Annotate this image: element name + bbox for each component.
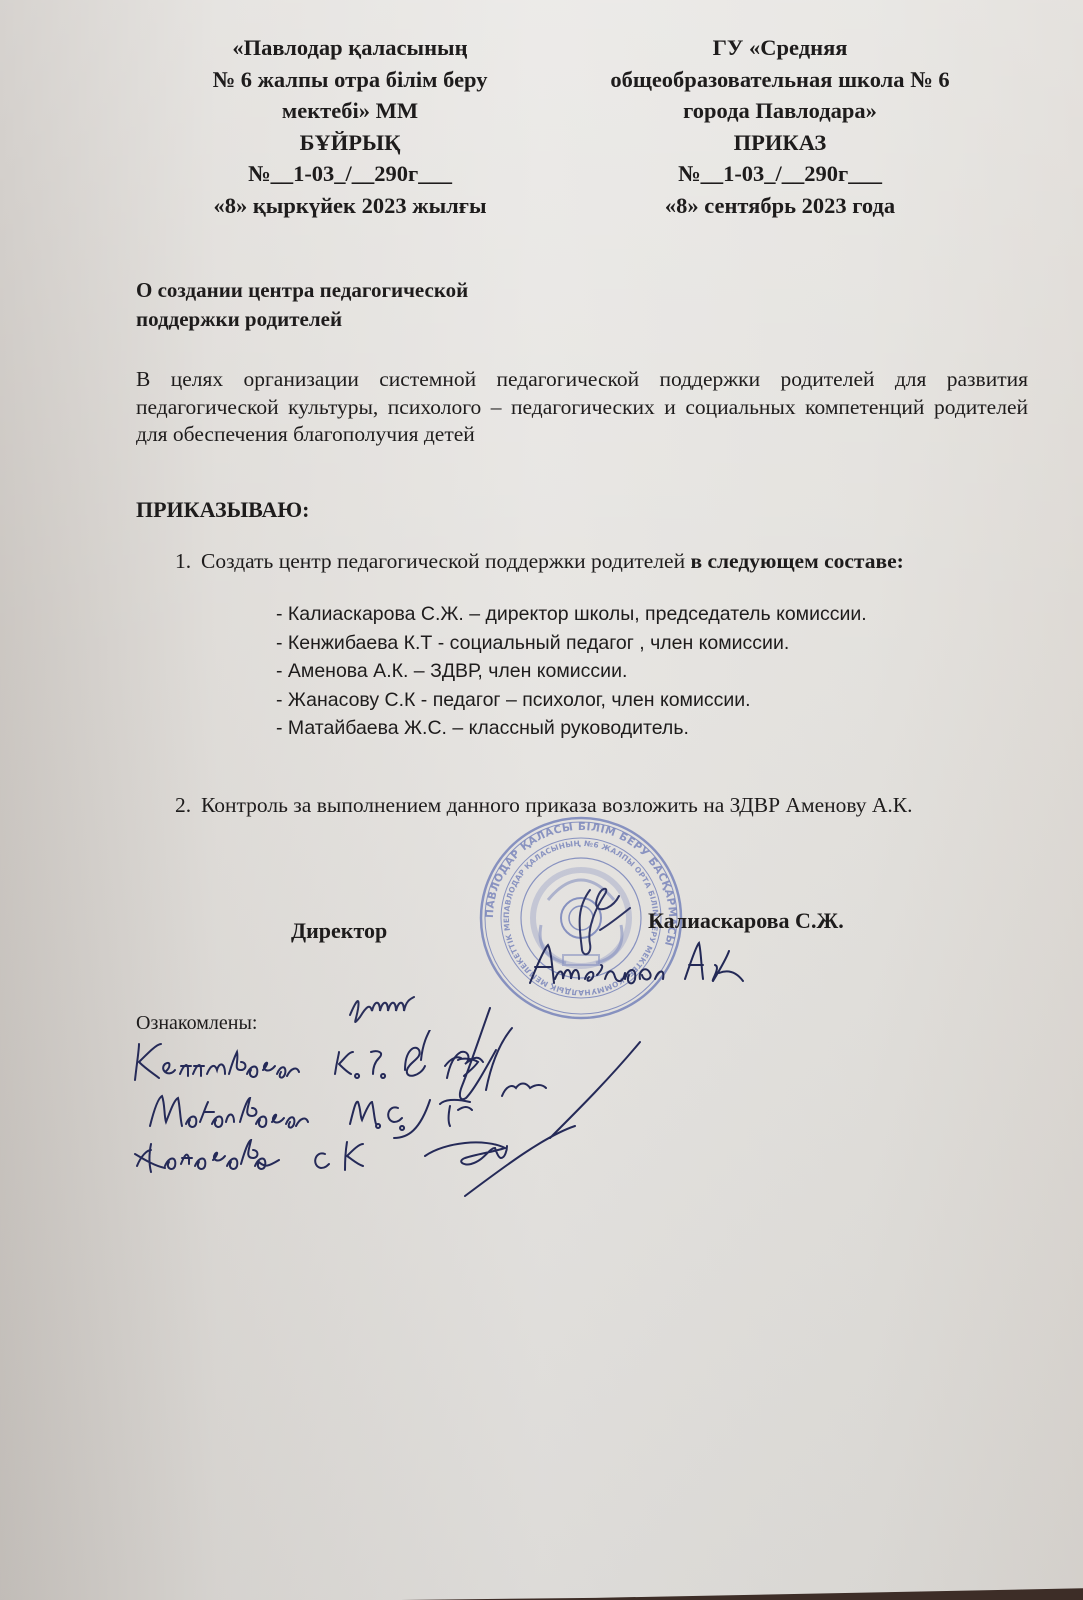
header-ru-doc-type: ПРИКАЗ [565,127,995,159]
item-text: Создать центр педагогической поддержки р… [201,545,1027,578]
header-kz-line-3: мектебі» ММ [150,95,550,127]
director-title: Директор [291,918,387,944]
director-name: Калиаскарова С.Ж. [648,908,844,934]
list-item: - Аменова А.К. – ЗДВР, член комиссии. [276,657,867,686]
subject-line-2: поддержки родителей [136,305,636,334]
order-subject: О создании центра педагогической поддерж… [136,276,636,334]
handwritten-amenova-icon [525,935,775,995]
signature-strokes-icon [430,1000,650,1170]
header-russian: ГУ «Средняя общеобразовательная школа № … [565,32,995,221]
header-ru-line-2: общеобразовательная школа № 6 [565,64,995,96]
list-item: - Калиаскарова С.Ж. – директор школы, пр… [276,600,867,629]
preamble: В целях организации системной педагогиче… [136,366,1028,449]
header-kz-line-1: «Павлодар қаласының [150,32,550,64]
item-number: 2. [175,789,191,822]
header-kz-doc-type: БҰЙРЫҚ [150,127,550,159]
list-item: - Кенжибаева К.Т - социальный педагог , … [276,629,867,658]
header-kazakh: «Павлодар қаласының № 6 жалпы отра білім… [150,32,550,221]
header-ru-line-3: города Павлодара» [565,95,995,127]
item-1-text-bold: в следующем составе: [690,549,903,573]
header-ru-date: «8» сентябрь 2023 года [565,190,995,222]
members-list: - Калиаскарова С.Ж. – директор школы, пр… [276,600,867,743]
header-kz-number: №__1-03_/__290г___ [150,158,550,190]
table-edge [0,1582,1083,1600]
header-kz-line-2: № 6 жалпы отра білім беру [150,64,550,96]
list-item: - Жанасову С.К - педагог – психолог, чле… [276,686,867,715]
order-word: ПРИКАЗЫВАЮ: [136,497,309,523]
item-number: 1. [175,545,191,578]
list-item: - Матайбаева Ж.С. – классный руководител… [276,714,867,743]
header-kz-date: «8» қыркүйек 2023 жылғы [150,190,550,222]
header-ru-number: №__1-03_/__290г___ [565,158,995,190]
subject-line-1: О создании центра педагогической [136,276,636,305]
header-ru-line-1: ГУ «Средняя [565,32,995,64]
item-1-text: Создать центр педагогической поддержки р… [201,549,685,573]
